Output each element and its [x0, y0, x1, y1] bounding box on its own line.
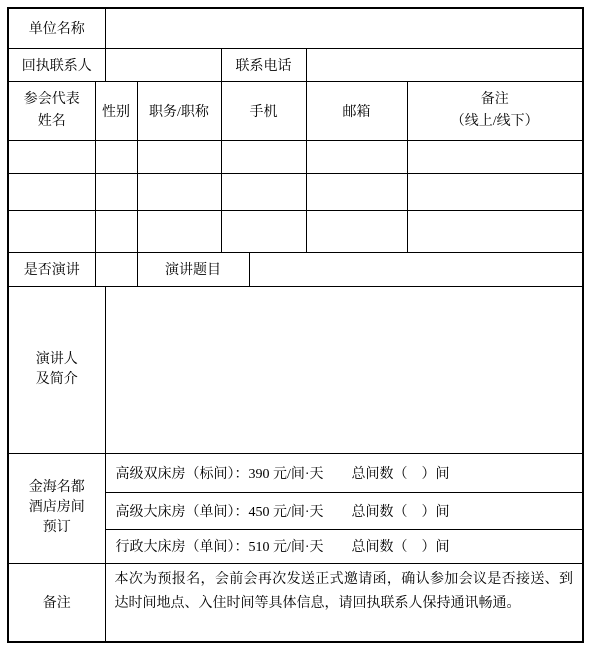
attendee-name-input-cell[interactable]: [8, 173, 95, 210]
unit-name-label: 单位名称: [8, 8, 105, 48]
note-label: 备注: [8, 563, 105, 642]
attendee-email-input-cell[interactable]: [306, 210, 407, 252]
hotel-option-deluxe-king[interactable]: 高级大床房（单间）：450 元/间·天 总间数（ ）间: [105, 492, 583, 529]
col-header-title: 职务/职称: [137, 81, 221, 140]
col-header-email: 邮箱: [306, 81, 407, 140]
reply-contact-row: 回执联系人 联系电话: [8, 48, 583, 81]
reply-contact-input-cell[interactable]: [105, 48, 221, 81]
hotel-option-executive-king[interactable]: 行政大床房（单间）：510 元/间·天 总间数（ ）间: [105, 529, 583, 563]
attendee-email-input-cell[interactable]: [306, 173, 407, 210]
speaker-intro-label: 演讲人 及简介: [8, 286, 105, 453]
contact-phone-input-cell[interactable]: [306, 48, 583, 81]
attendee-gender-input-cell[interactable]: [95, 140, 137, 173]
col-header-attendee-name: 参会代表 姓名: [8, 81, 95, 140]
attendee-mobile-input-cell[interactable]: [221, 173, 306, 210]
hotel-booking-label: 金海名都 酒店房间 预订: [8, 453, 105, 563]
speaker-intro-input-cell[interactable]: [105, 286, 583, 453]
attendee-mobile-input-cell[interactable]: [221, 210, 306, 252]
hotel-option-row: 金海名都 酒店房间 预订 高级双床房（标间）：390 元/间·天 总间数（ ）间: [8, 453, 583, 492]
unit-name-row: 单位名称: [8, 8, 583, 48]
is-speaking-input-cell[interactable]: [95, 252, 137, 286]
attendee-name-input-cell[interactable]: [8, 210, 95, 252]
speaker-intro-row: 演讲人 及简介: [8, 286, 583, 453]
col-header-remark: 备注 （线上/线下）: [407, 81, 583, 140]
speech-row: 是否演讲 演讲题目: [8, 252, 583, 286]
attendee-mobile-input-cell[interactable]: [221, 140, 306, 173]
note-text: 本次为预报名，会前会再次发送正式邀请函，确认参加会议是否接送、到达时间地点、入住…: [105, 563, 583, 642]
col-header-mobile: 手机: [221, 81, 306, 140]
attendee-remark-input-cell[interactable]: [407, 210, 583, 252]
unit-name-input-cell[interactable]: [105, 8, 583, 48]
attendee-title-input-cell[interactable]: [137, 173, 221, 210]
attendee-remark-input-cell[interactable]: [407, 173, 583, 210]
attendee-name-input-cell[interactable]: [8, 140, 95, 173]
reply-contact-label: 回执联系人: [8, 48, 105, 81]
note-row: 备注 本次为预报名，会前会再次发送正式邀请函，确认参加会议是否接送、到达时间地点…: [8, 563, 583, 642]
speech-topic-label: 演讲题目: [137, 252, 249, 286]
contact-phone-label: 联系电话: [221, 48, 306, 81]
attendee-blank-row: [8, 210, 583, 252]
attendee-email-input-cell[interactable]: [306, 140, 407, 173]
is-speaking-label: 是否演讲: [8, 252, 95, 286]
registration-form-table: 单位名称 回执联系人 联系电话 参会代表 姓名 性别 职务/职称 手机 邮箱 备…: [7, 7, 584, 643]
attendee-title-input-cell[interactable]: [137, 140, 221, 173]
hotel-option-standard-twin[interactable]: 高级双床房（标间）：390 元/间·天 总间数（ ）间: [105, 453, 583, 492]
attendee-header-row: 参会代表 姓名 性别 职务/职称 手机 邮箱 备注 （线上/线下）: [8, 81, 583, 140]
attendee-gender-input-cell[interactable]: [95, 173, 137, 210]
attendee-title-input-cell[interactable]: [137, 210, 221, 252]
attendee-remark-input-cell[interactable]: [407, 140, 583, 173]
attendee-blank-row: [8, 173, 583, 210]
attendee-blank-row: [8, 140, 583, 173]
col-header-gender: 性别: [95, 81, 137, 140]
attendee-gender-input-cell[interactable]: [95, 210, 137, 252]
speech-topic-input-cell[interactable]: [249, 252, 583, 286]
